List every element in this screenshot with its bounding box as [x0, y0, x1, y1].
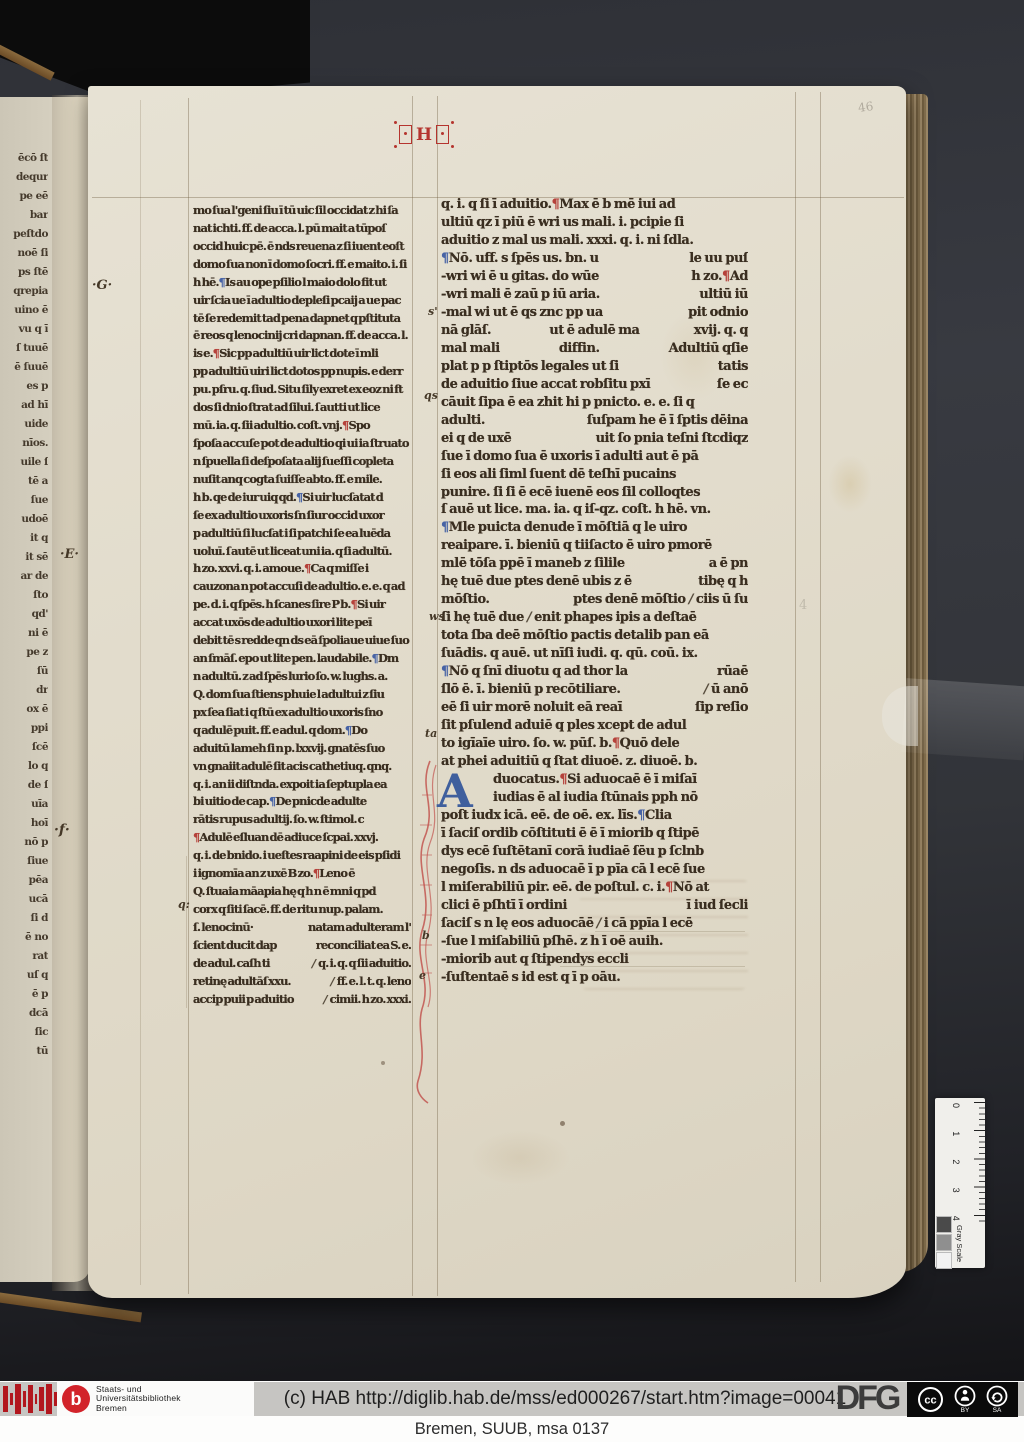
verso-fragment: ſ tuuē [0, 339, 48, 358]
ruler-ticks [974, 1102, 985, 1226]
text-line: adulti.ſuſpam he ē ī ſptis dēina [441, 413, 748, 431]
text-line: -ſue l miſabiliū pſhē. z h ī oē auih. [441, 934, 748, 952]
verso-fragment: uīa [0, 795, 48, 814]
text-line: ¶ Adulē eſluan dē adiuce ſcpai. xxvj. [193, 830, 411, 848]
verso-fragment: nīos. [0, 434, 48, 453]
text-line: px ſea ſiat i q ſtū ex adultio uxoris ſn… [193, 705, 411, 723]
verso-fragment: pēa [0, 871, 48, 890]
verso-fragment: ē no [0, 928, 48, 947]
screenshot-root: ēcō ſtdequrpe eēbarpeſtdonoē ſips ſtēqre… [0, 0, 1024, 1442]
text-line: clici ē pſhtī ī ordiniī iud ſecli [441, 898, 748, 916]
text-line: aduitio z mal us mali. xxxi. q. i. ni ſd… [441, 233, 748, 251]
verso-fragment: dequr [0, 168, 48, 187]
marginal-note: q: [178, 898, 190, 911]
text-line: hę tuē due ptes denē ubis z ētibę q h [441, 574, 748, 592]
verso-fragment: ucā [0, 890, 48, 909]
text-line: duocatus. ¶ Si aduocaē ē ī miſaī [441, 772, 748, 790]
library-logo-panel: b Staats- und Universitätsbibliothek Bre… [57, 1382, 254, 1416]
text-line: h b. qe de iur uiq qd. ¶ Si uir lucſatat… [193, 490, 411, 508]
text-line: ſi hę tuē due/enit phapes ipis a deſtaē [441, 610, 748, 628]
verso-fragment: qd' [0, 605, 48, 624]
ink-speck [560, 1121, 565, 1126]
caption-gray-strip: b Staats- und Universitätsbibliothek Bre… [0, 1382, 1024, 1416]
ruler-number: 0 [951, 1103, 961, 1108]
text-line: q. i. de bnido. i ueſtes raapini de eis … [193, 848, 411, 866]
parchment-stain [828, 455, 872, 513]
verso-fragment: rat [0, 947, 48, 966]
verso-fragment: ſcē [0, 738, 48, 757]
running-title-letter: H [414, 125, 434, 145]
verso-fragment: ſto [0, 586, 48, 605]
text-line: i ignomīa an z uxē B zo. ¶ Leno ē [193, 866, 411, 884]
marginal-note: b [422, 929, 430, 942]
text-line: cauzona n pot accuſi de adultio. e. e. q… [193, 579, 411, 597]
verso-fragment: uſ q [0, 966, 48, 985]
text-line: de aduitio ſiue accat robſitu pxīſe ec [441, 377, 748, 395]
svg-text:cc: cc [924, 1395, 936, 1407]
text-line: accip puii p aduitio/cimii. h zo. xxxi. [193, 992, 411, 1010]
text-line: q. i. an ii diſtnda. expoit ia ſeptupla … [193, 777, 411, 795]
verso-fragment: dcā [0, 1004, 48, 1023]
text-line: n adultū. z ad ſpēs lurio ſo. w. lughs. … [193, 669, 411, 687]
verso-fragment: ſū [0, 662, 48, 681]
verso-fragment: noē ſi [0, 244, 48, 263]
text-line: mōſtio.ptes denē mōſtio/ciis ū ſu [441, 592, 748, 610]
verso-fragment: pe eē [0, 187, 48, 206]
text-line: to igīaīe uiro. ſo. w. pūſ. b. ¶ Quō del… [441, 736, 748, 754]
text-line: ſe ex adultio uxoris ſn ſiur occid uxor [193, 508, 411, 526]
text-line: poſt iudx icā. eē. de oē. ex. līs. ¶ Cli… [441, 808, 748, 826]
suub-b-logo: b [62, 1385, 90, 1413]
text-line: Q. dom ſua ſtiens phuie l adultui z ſiu [193, 687, 411, 705]
text-line: is e. ¶ Sic pp adultiū uir lict dote ī m… [193, 346, 411, 364]
verso-fragment: ps ſtē [0, 263, 48, 282]
text-line: ſaciſ s n lę eos aduocāē/i cā ppīa l ecē [441, 916, 748, 934]
text-line: nat ichti. ff. de acca. l. pū mait a tūp… [193, 221, 411, 239]
running-title: H [399, 121, 449, 148]
text-line: -wri wi ē u gitas. do wūeh zo. ¶ Ad [441, 269, 748, 287]
text-line: ſpoſa accuſe pot de adultio qi ui ia ſtr… [193, 436, 411, 454]
text-line: h zo. xxvi. q. i. amoue. ¶ Ca q miſſe i [193, 561, 411, 579]
foliation-pencil-number: 46 [857, 99, 874, 115]
verso-fragment: ſi d [0, 909, 48, 928]
text-line: ¶ Nō q ſnī diuotu q ad thor larūaē [441, 664, 748, 682]
ruler-number: 1 [951, 1131, 961, 1136]
verso-fragment: ē ſuuē [0, 358, 48, 377]
text-line: pp adultiū uiri lict dotos pp nupis. e d… [193, 364, 411, 382]
verso-fragment: ē p [0, 985, 48, 1004]
text-line: nā glāſ.ut ē adulē maxvij. q. q [441, 323, 748, 341]
text-column-2: q. i. q ſi ī aduitio. ¶ Max ē b mē iui a… [441, 197, 748, 988]
text-line: pe. d. i. q ſpēs. h ſcanes ſire P b. ¶ S… [193, 597, 411, 615]
text-line: mū. ia. q. ſii adultio. coſt. vnj. ¶ Spo [193, 418, 411, 436]
text-line: nuſit anq cogta ſuiſſe abto. ff. e mile. [193, 472, 411, 490]
ruler-number: 4 [951, 1216, 961, 1221]
page-clamp-strip [901, 678, 1024, 760]
text-line: ſcient ducit dapreconciliat ea S. e. [193, 938, 411, 956]
text-line: tota ſba deē mōſtio pactis detalib pan e… [441, 628, 748, 646]
text-line: rātis rupus adultij. ſo. w. ſtimol. c [193, 812, 411, 830]
marginal-note: s' [428, 305, 438, 318]
verso-fragment: it q [0, 529, 48, 548]
text-line: -ſuſtentaē s id est q ī p oāu. [441, 970, 748, 988]
text-line: -miorib aut q ſtipendys eccli [441, 952, 748, 970]
text-line: reaipare. ī. bieniū q tiiſacto ē uiro pm… [441, 538, 748, 556]
verso-fragment: tū [0, 1042, 48, 1061]
verso-fragment: it sē [0, 548, 48, 567]
text-line: aduitū lameh ſi n p. lxxvij. gnatēs ſuo [193, 741, 411, 759]
text-line: ei q de uxēuit ſo pnia teſni ſtcdiqz [441, 431, 748, 449]
text-line: accat uxōs de adultio uxori lite peī [193, 615, 411, 633]
text-line: plat p p ſtiptōs legales ut ſitatis [441, 359, 748, 377]
copyright-url: (c) HAB http://diglib.hab.de/mss/ed00026… [280, 1382, 850, 1416]
verso-fragment: ar de [0, 567, 48, 586]
text-line: q. i. q ſi ī aduitio. ¶ Max ē b mē iui a… [441, 197, 748, 215]
cc-license-badge: cc BY SA [907, 1382, 1018, 1417]
text-line: uoluī. ſ autē ut liceat uni ia. q ſi adu… [193, 544, 411, 562]
ink-speck [381, 1061, 385, 1065]
verso-fragment: ppi [0, 719, 48, 738]
verso-fragment: ni ē [0, 624, 48, 643]
verso-fragment: dr [0, 681, 48, 700]
verso-text-fragments: ēcō ſtdequrpe eēbarpeſtdonoē ſips ſtēqre… [0, 149, 48, 1164]
text-line: mo ſua l'geni ſiu ī tū uic ſil occidat z… [193, 203, 411, 221]
verso-fragment: es p [0, 377, 48, 396]
shelfmark-caption: Bremen, SUUB, msa 0137 [0, 1416, 1024, 1442]
library-name-line3: Bremen [96, 1404, 181, 1414]
verso-fragment: lo q [0, 757, 48, 776]
text-line: dys ecē ſuſtētanī corā iudiaē ſēu p ſcln… [441, 844, 748, 862]
text-line: tē ſe redemit tad pena dapnet q pſtituta [193, 311, 411, 329]
text-line: ſ auē ut lice. ma. ia. q iſ-qz. coſt. h … [441, 502, 748, 520]
text-line: ultiū qz ī piū ē wri us mali. i. pcipie … [441, 215, 748, 233]
rubric-ornament-right [436, 125, 449, 144]
verso-fragment: pe z [0, 643, 48, 662]
text-line: p adultiū ſi lucſat i ſi patchi ſe ea lu… [193, 526, 411, 544]
text-line: dos ſi dnio ſtrat ad ſilui. ſ autti ut l… [193, 400, 411, 418]
text-line: ſ. lenocinū·natam adulteram l' [193, 920, 411, 938]
text-line: bi uitio de cap. ¶ De pnicde adulte [193, 794, 411, 812]
text-line: n ſpuella ſi deſpoſata alij ſueſſi cople… [193, 454, 411, 472]
verso-fragment: ſic [0, 1023, 48, 1042]
marginal-note: ·G· [92, 278, 112, 293]
verso-fragment: uile ſ [0, 453, 48, 472]
cc-by-label: BY [961, 1407, 970, 1414]
text-line: Q. ſtuaia māapia hę q h n ē mni q pd [193, 884, 411, 902]
verso-fragment: ad hī [0, 396, 48, 415]
ruler-number: 3 [951, 1188, 961, 1193]
manuscript-photo: ēcō ſtdequrpe eēbarpeſtdonoē ſips ſtēqre… [0, 0, 1024, 1381]
text-line: corx q ſiti ſacē. ff. de ritu nup. palam… [193, 902, 411, 920]
text-line: cāuit ſipa ē ea zhit hi p pnicto. e. e. … [441, 395, 748, 413]
text-line: ſi eos ali ſiml ſuent dē teſhī pucains [441, 467, 748, 485]
marginal-note: qs [424, 389, 438, 402]
text-line: at phei aduitiū q ſtat diuoē. z. diuoē. … [441, 754, 748, 772]
text-line: ſue ī domo ſua ē uxoris ī adulti aut ē p… [441, 449, 748, 467]
text-line: h hē. ¶ Is au ope pſilio l maio dolo fit… [193, 275, 411, 293]
verso-fragment: ox ē [0, 700, 48, 719]
text-line: ī ſaciſ ordib cōſtituti ē ē ī miorib q ſ… [441, 826, 748, 844]
verso-fragment: nō p [0, 833, 48, 852]
verso-fragment: ſue [0, 491, 48, 510]
cc-sa-label: SA [993, 1407, 1002, 1414]
cc-by-icon: BY [954, 1385, 976, 1414]
verso-fragment: uide [0, 415, 48, 434]
text-line: eē ſi uir morē noluit eā reaīſip reſio [441, 700, 748, 718]
cc-logo-icon: cc [917, 1386, 944, 1413]
text-line: an ſmāſ. epo ut lite pen. laudabile. ¶ D… [193, 651, 411, 669]
text-line: -mal wi ut ē qs znc pp uapit odnio [441, 305, 748, 323]
verso-fragment: de ſ [0, 776, 48, 795]
verso-fragment: udoē [0, 510, 48, 529]
swatch-light [936, 1252, 952, 1269]
text-line: vn gnaiit adulē ſit acis cathetiuq. qnq. [193, 759, 411, 777]
text-line: debit tē s redde qn ds eā ſpoliaue uiue … [193, 633, 411, 651]
verso-fragment: bar [0, 206, 48, 225]
text-line: occid huic pē. ē nds reuena z ſi iuent e… [193, 239, 411, 257]
grayscale-swatches [936, 1216, 952, 1269]
text-line: l miſerabiliū pir. eē. de poſtul. c. i. … [441, 880, 748, 898]
text-line: mlē tōſa ppē ī maneb z ſililea ē pn [441, 556, 748, 574]
verso-fragment: ſiue [0, 852, 48, 871]
marginal-note: ·E· [60, 547, 79, 562]
text-line: pu. pſru. q. ſiud. Situ ſily exret ex eo… [193, 382, 411, 400]
grayscale-label: Gray Scale [955, 1225, 964, 1262]
text-line: mal malidiffin.Adultiū qſie [441, 341, 748, 359]
grayscale-card: 01234 Gray Scale [935, 1098, 985, 1268]
text-line: domo ſua non ī domo ſocri. ff. e maito. … [193, 257, 411, 275]
margin-pencil-mark: 4 [799, 598, 807, 613]
text-line: iudias ē al iudia ſtūnais pph nō [441, 790, 748, 808]
text-column-1: mo ſua l'geni ſiu ī tū uic ſil occidat z… [193, 203, 411, 1010]
parchment-stain [470, 1130, 570, 1185]
text-line: negoſis. n ds aduocaē ī p pīa cā l ecē ſ… [441, 862, 748, 880]
suub-barcode-logo [3, 1385, 63, 1413]
verso-fragment: qrepia [0, 282, 48, 301]
caption-bar: b Staats- und Universitätsbibliothek Bre… [0, 1381, 1024, 1442]
text-line: q adulē puit. ff. e adul. q dom. ¶ Do [193, 723, 411, 741]
marginal-note: ·f· [54, 822, 70, 838]
cc-sa-icon: SA [986, 1385, 1008, 1414]
verso-fragment: tē a [0, 472, 48, 491]
text-line: ſit pſulend aduiē q ples xcept de adul [441, 718, 748, 736]
library-name: Staats- und Universitätsbibliothek Breme… [96, 1385, 181, 1414]
ruler-number: 2 [951, 1159, 961, 1164]
text-line: -wri mali ē zaū p iū aria.ultiū iū [441, 287, 748, 305]
text-line: de adul. caſh ti/q. i. q. q ſii aduitio. [193, 956, 411, 974]
penwork-flourish-icon [408, 755, 454, 1105]
text-line: ¶ Nō. uff. s ſpēs us. bn. ule uu puſ [441, 251, 748, 269]
text-line: ¶ Mle puicta denude ī mōſtiā q le uiro [441, 520, 748, 538]
verso-fragment: hoī [0, 814, 48, 833]
text-line: ſlō ē. ī. bieniū p recōtiliare./ū anō [441, 682, 748, 700]
verso-fragment: vu q ī [0, 320, 48, 339]
verso-fragment: peſtdo [0, 225, 48, 244]
rubric-ornament-left [399, 125, 412, 144]
text-line: ſuādis. q auē. ut nīſi iudi. q. qū. coū.… [441, 646, 748, 664]
text-line: ē reos q lenocinij cri dapnan. ff. de ac… [193, 328, 411, 346]
marginal-note: ta [425, 727, 437, 740]
text-line: punire. ſi ſi ē ecē iuenē eos ſil colloq… [441, 485, 748, 503]
verso-fragment: ēcō ſt [0, 149, 48, 168]
swatch-dark [936, 1216, 952, 1233]
marginal-note: ws [429, 610, 445, 623]
text-line: uir ſcia ue ī adultio depleſi pcaij a ue… [193, 293, 411, 311]
marginal-note: e [419, 969, 426, 982]
verso-fragment: uino ē [0, 301, 48, 320]
swatch-mid [936, 1234, 952, 1251]
text-line: retinę adultāſ xxu./ff. e. l. t. q. leno [193, 974, 411, 992]
dfg-logo: DFG [828, 1379, 906, 1417]
